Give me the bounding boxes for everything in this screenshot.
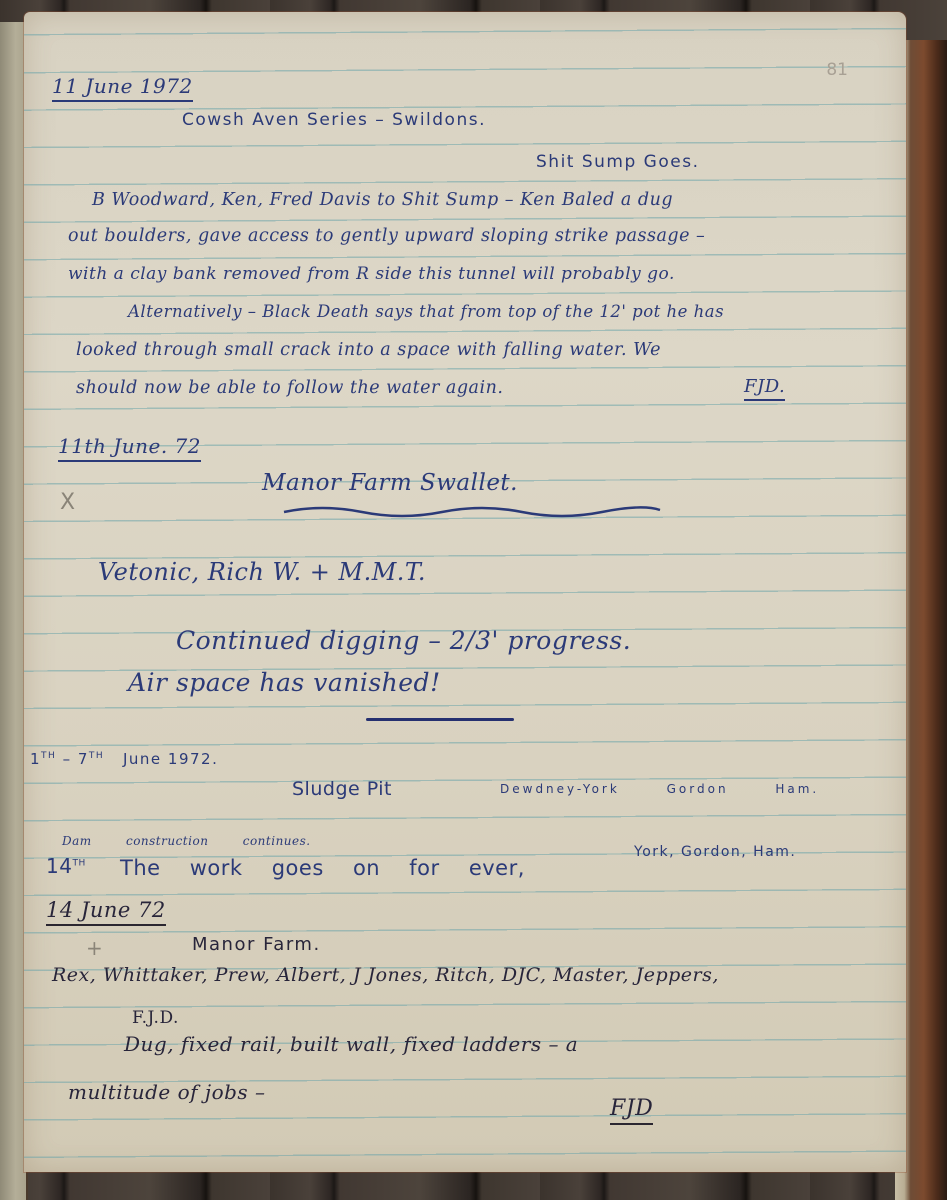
wavy-underline	[282, 504, 662, 518]
entry-title: Cowsh Aven Series – Swildons.	[182, 110, 486, 130]
entry-body-line: Air space has vanished!	[128, 668, 441, 697]
entry-body-line: Dug, fixed rail, built wall, fixed ladde…	[124, 1032, 578, 1056]
entry-body-line: should now be able to follow the water a…	[76, 378, 503, 398]
entry-date: 14TH	[46, 854, 86, 878]
date-day: 14	[46, 854, 72, 878]
date-month-year: June 1972.	[123, 750, 218, 768]
entry-subtitle: Shit Sump Goes.	[536, 152, 699, 172]
entry-body-line: out boulders, gave access to gently upwa…	[68, 226, 705, 246]
ruled-lines	[24, 12, 906, 1172]
entry-body-line: multitude of jobs –	[68, 1080, 266, 1104]
date-end: – 7	[63, 750, 89, 768]
entry-body-line: looked through small crack into a space …	[76, 340, 661, 360]
entry-attendees: Rex, Whittaker, Prew, Albert, J Jones, R…	[52, 964, 719, 986]
page-number: 81	[826, 60, 848, 80]
entry-attendees: F.J.D.	[132, 1008, 179, 1028]
entry-title: Manor Farm.	[192, 934, 321, 955]
entry-title: Sludge Pit	[292, 778, 392, 800]
entry-date: 11 June 1972	[52, 74, 193, 102]
entry-attendees: Dewdney-York Gordon Ham.	[500, 782, 819, 796]
signature: FJD.	[744, 376, 785, 401]
entry-body-line: Dam construction continues.	[62, 834, 311, 848]
entry-attendees: York, Gordon, Ham.	[634, 844, 796, 860]
entry-attendees: Vetonic, Rich W. + M.M.T.	[98, 558, 426, 586]
ordinal: TH	[41, 751, 56, 761]
entry-date: 1TH – 7TH June 1972.	[30, 750, 218, 768]
ordinal: TH	[89, 751, 104, 761]
entry-date: 14 June 72	[46, 898, 166, 926]
date-start: 1	[30, 750, 41, 768]
entry-title: Manor Farm Swallet.	[262, 470, 518, 496]
ordinal: TH	[72, 858, 85, 868]
entry-body-line: Alternatively – Black Death says that fr…	[128, 302, 724, 321]
entry-body-line: B Woodward, Ken, Fred Davis to Shit Sump…	[92, 190, 673, 210]
logbook-page: 81 11 June 1972 Cowsh Aven Series – Swil…	[24, 12, 906, 1172]
section-divider	[366, 718, 514, 721]
margin-mark: X	[60, 490, 76, 515]
entry-body-line: Continued digging – 2/3' progress.	[176, 626, 631, 655]
entry-body-line: The work goes on for ever,	[120, 856, 525, 880]
entry-date: 11th June. 72	[58, 434, 201, 462]
signature: FJD	[610, 1096, 653, 1125]
entry-body-line: with a clay bank removed from R side thi…	[68, 264, 675, 284]
margin-mark: +	[86, 936, 103, 960]
